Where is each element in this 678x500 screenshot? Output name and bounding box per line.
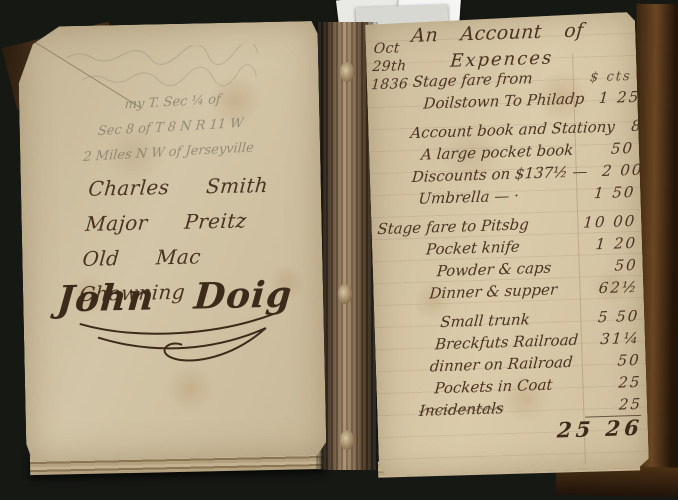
signature-text: John Doig	[55, 273, 298, 320]
date-day: 29th	[372, 57, 411, 76]
expense-amount: 2 00	[587, 159, 645, 183]
expense-amount: 10 00	[580, 210, 638, 234]
binding-knot	[338, 284, 352, 304]
expense-amount: 50	[577, 137, 635, 161]
expense-amount: 5 50	[583, 305, 641, 329]
expense-list: Stage fare from $ cts Doilstown To Phila…	[409, 64, 644, 446]
expense-amount: 25	[585, 371, 643, 395]
binding-knot	[340, 62, 354, 82]
expense-item: Dinner & supper	[429, 278, 558, 304]
photo-open-account-book: my T. Sec ¼ of Sec 8 of T 8 N R 11 W 2 M…	[0, 0, 678, 500]
expense-amount: 25	[585, 393, 643, 418]
date-year: 1836	[370, 75, 409, 94]
binding-knot	[340, 430, 354, 450]
expense-amount: 50	[584, 349, 642, 373]
expense-amount: 1 25	[583, 86, 641, 110]
expense-item: Incidentals	[418, 397, 504, 422]
expense-item: Pocket knife	[425, 236, 520, 261]
expense-amount: 50	[581, 254, 639, 278]
expense-amount: 62½	[582, 276, 640, 300]
pencil-notes: my T. Sec ¼ of Sec 8 of T 8 N R 11 W 2 M…	[43, 83, 299, 172]
expense-item: Doilstown To Philadp	[423, 87, 585, 114]
total-amount: 25 26	[556, 417, 643, 442]
signature-block: John Doig	[57, 273, 299, 368]
expense-amount: 31¼	[583, 327, 641, 351]
expense-item: Umbrella — ·	[418, 185, 520, 210]
date-block: Oct 29th 1836	[370, 39, 411, 94]
expense-amount: 1 50	[579, 181, 637, 205]
right-page-expenses: Oct 29th 1836 An Account of Expences Sta…	[365, 12, 649, 476]
name-entry: Major Preitz	[84, 202, 325, 242]
total-row: 25 26	[419, 417, 644, 446]
expense-amount: 1 20	[580, 232, 638, 256]
expense-item: Small trunk	[440, 308, 531, 333]
date-month: Oct	[373, 39, 412, 58]
left-page: my T. Sec ¼ of Sec 8 of T 8 N R 11 W 2 M…	[17, 21, 326, 461]
name-entry: Charles Smith	[87, 167, 328, 207]
page-title-line1: An Account of	[411, 19, 585, 46]
